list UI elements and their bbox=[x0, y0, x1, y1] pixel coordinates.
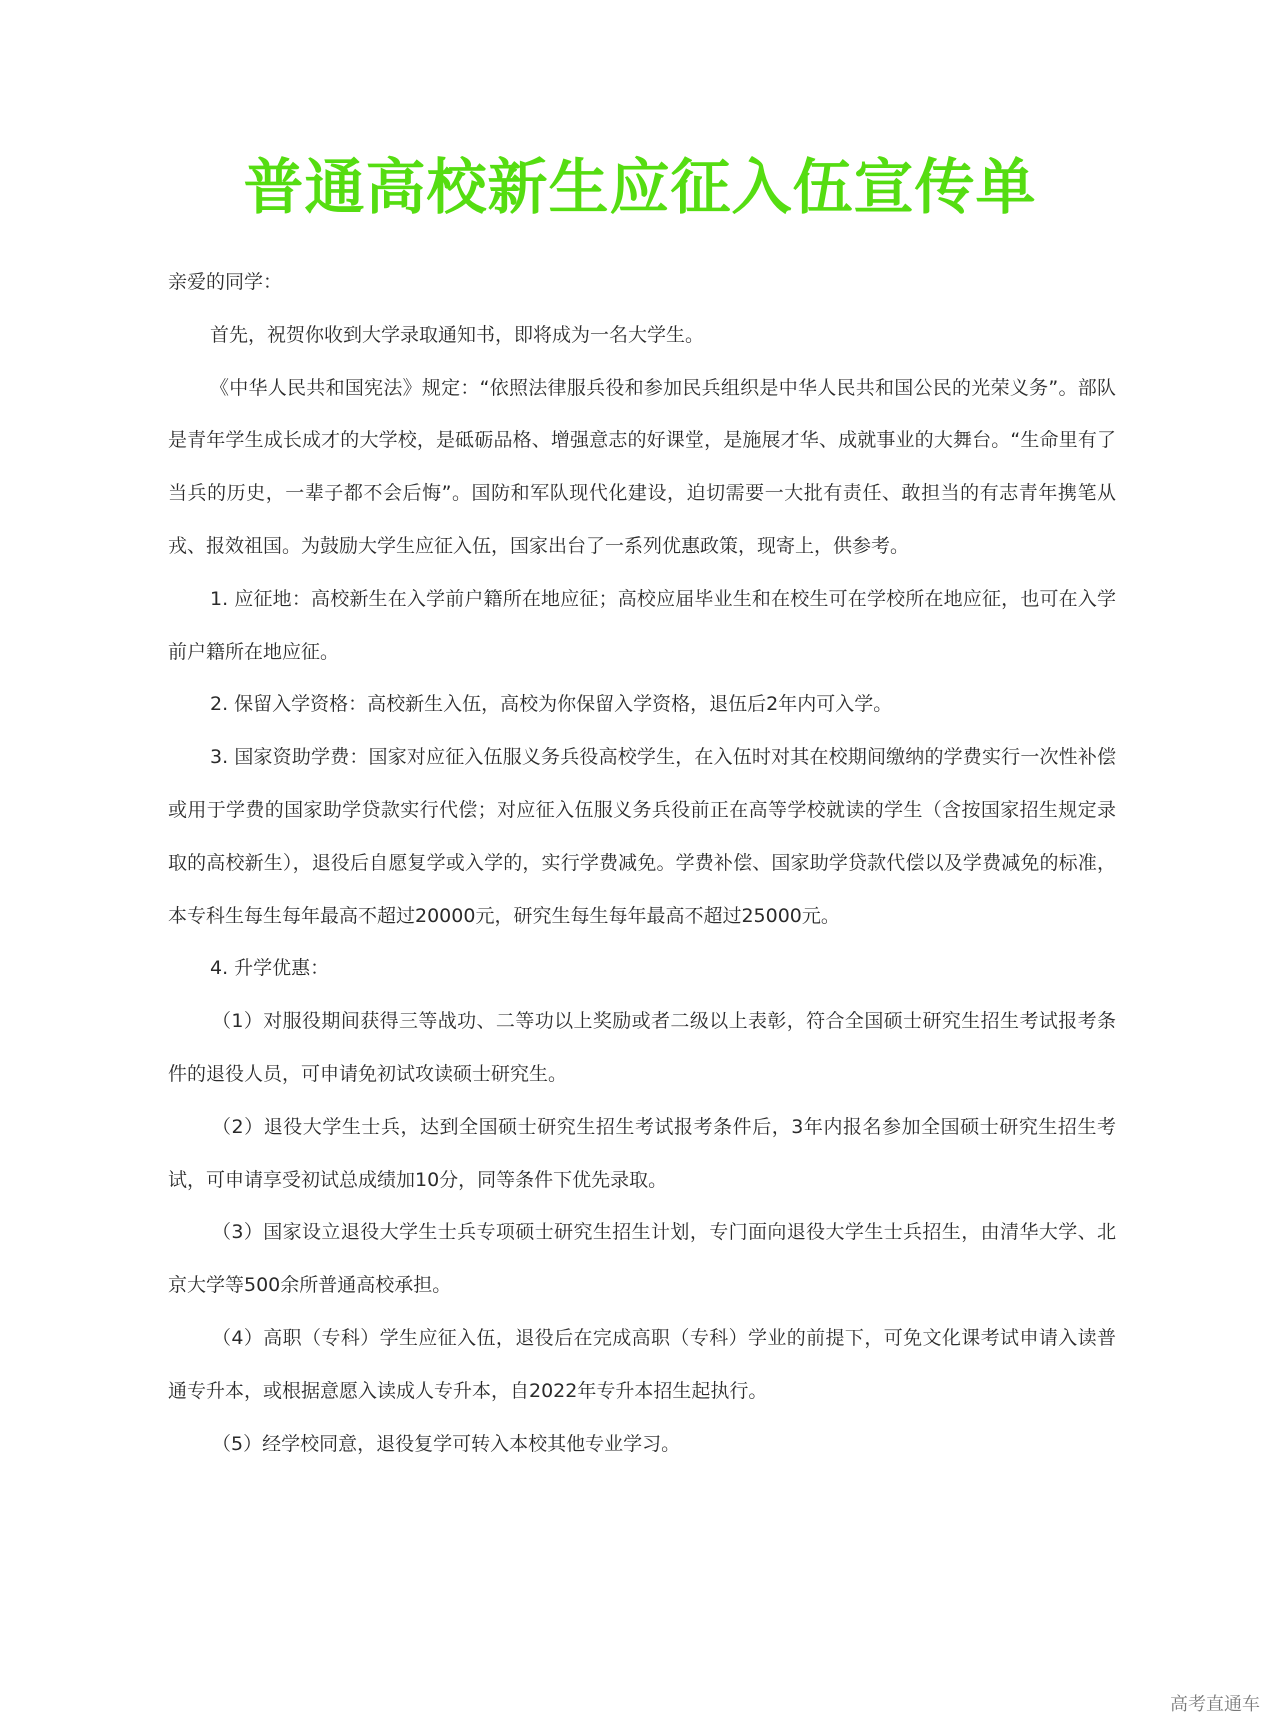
policy-item-enlistment-location: 1. 应征地：高校新生在入学前户籍所在地应征；高校应届毕业生和在校生可在学校所在… bbox=[168, 573, 1116, 679]
greeting: 亲爱的同学： bbox=[168, 256, 1116, 309]
sub-item: （3）国家设立退役大学生士兵专项硕士研究生招生计划，专门面向退役大学生士兵招生，… bbox=[168, 1206, 1116, 1312]
sub-item: （4）高职（专科）学生应征入伍，退役后在完成高职（专科）学业的前提下，可免文化课… bbox=[168, 1312, 1116, 1418]
intro-paragraph: 首先，祝贺你收到大学录取通知书，即将成为一名大学生。 bbox=[168, 309, 1116, 362]
sub-item: （5）经学校同意，退役复学可转入本校其他专业学习。 bbox=[168, 1418, 1116, 1471]
policy-item-further-study: 4. 升学优惠： bbox=[168, 942, 1116, 995]
sub-item: （1）对服役期间获得三等战功、二等功以上奖励或者二级以上表彰，符合全国硕士研究生… bbox=[168, 995, 1116, 1101]
document-body: 亲爱的同学： 首先，祝贺你收到大学录取通知书，即将成为一名大学生。 《中华人民共… bbox=[168, 256, 1116, 1470]
page-title: 普通高校新生应征入伍宣传单 bbox=[0, 148, 1280, 228]
policy-item-tuition-aid: 3. 国家资助学费：国家对应征入伍服义务兵役高校学生，在入伍时对其在校期间缴纳的… bbox=[168, 731, 1116, 942]
watermark: 高考直通车 bbox=[1170, 1690, 1260, 1716]
sub-item: （2）退役大学生士兵，达到全国硕士研究生招生考试报考条件后，3年内报名参加全国硕… bbox=[168, 1101, 1116, 1207]
constitution-paragraph: 《中华人民共和国宪法》规定：“依照法律服兵役和参加民兵组织是中华人民共和国公民的… bbox=[168, 362, 1116, 573]
policy-item-enrollment-retention: 2. 保留入学资格：高校新生入伍，高校为你保留入学资格，退伍后2年内可入学。 bbox=[168, 678, 1116, 731]
